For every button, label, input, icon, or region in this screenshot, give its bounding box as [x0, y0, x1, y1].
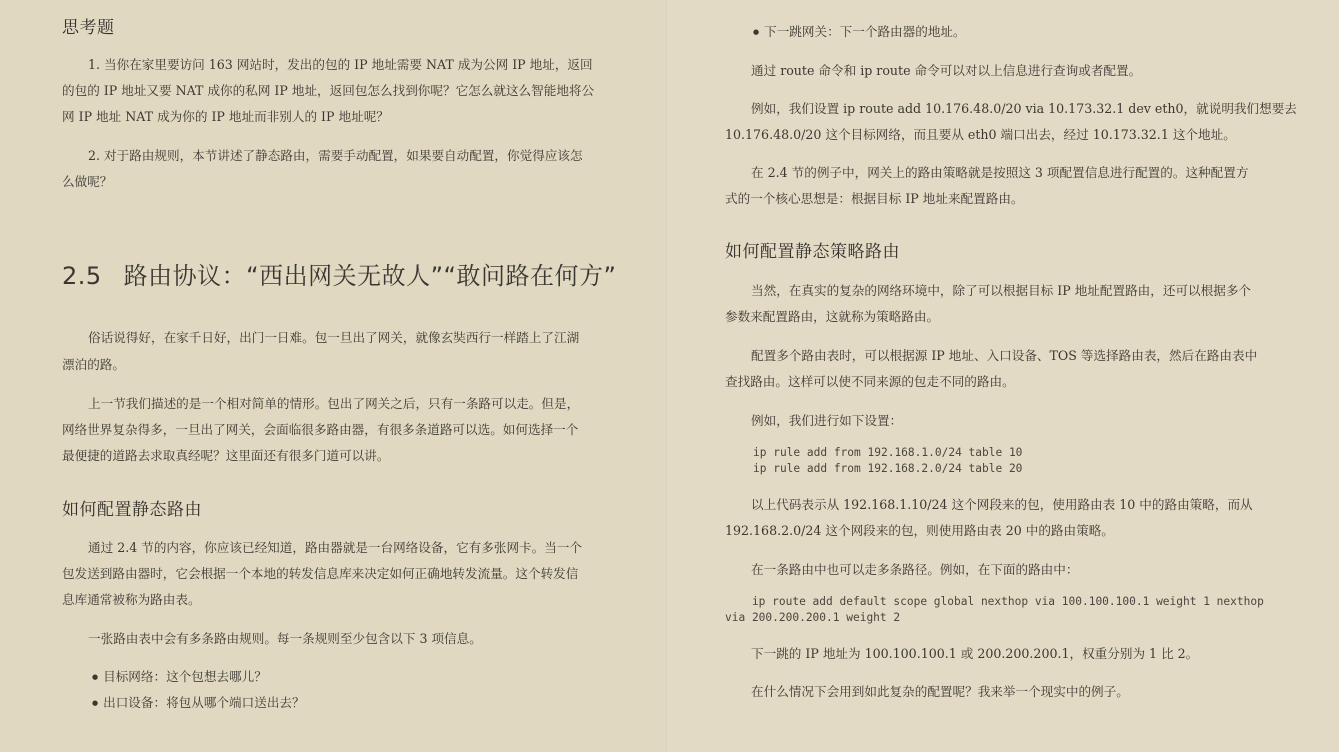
right-para-2-line-1: 例如，我们设置 ip route add 10.176.48.0/20 via … [751, 96, 1297, 122]
right-para-5-line-1: 配置多个路由表时，可以根据源 IP 地址、入口设备、TOS 等选择路由表，然后在… [751, 343, 1257, 369]
right-para-4-line-1: 当然，在真实的复杂的网络环境中，除了可以根据目标 IP 地址配置路由，还可以根据… [751, 278, 1251, 304]
bullet-destination-network: 目标网络：这个包想去哪儿？ [92, 664, 267, 690]
intro-para-1-line-1: 俗话说得好，在家千日好，出门一日难。包一旦出了网关，就像玄奘西行一样踏上了江湖 [88, 325, 579, 351]
right-para-10-line-1: 在什么情况下会用到如此复杂的配置呢？我来举一个现实中的例子。 [751, 679, 1129, 705]
right-para-2-line-2: 10.176.48.0/20 这个目标网络，而且要从 eth0 端口出去，经过 … [725, 122, 1236, 148]
exercise-1-line-3: 网 IP 地址 NAT 成为你的 IP 地址而非别人的 IP 地址呢？ [62, 104, 389, 130]
subsection-heading-policy-routing: 如何配置静态策略路由 [725, 237, 900, 262]
intro-para-2-line-3: 最便捷的道路去求取真经呢？这里面还有很多门道可以讲。 [62, 443, 389, 469]
exercise-1-line-1: 1. 当你在家里要访问 163 网站时，发出的包的 IP 地址需要 NAT 成为… [88, 52, 593, 78]
subsection-para-1-line-1: 通过 2.4 节的内容，你应该已经知道，路由器就是一台网络设备，它有多张网卡。当… [88, 535, 582, 561]
right-para-1-line-1: 通过 route 命令和 ip route 命令可以对以上信息进行查询或者配置。 [751, 58, 1141, 84]
bullet-next-hop-gateway: 下一跳网关：下一个路由器的地址。 [753, 19, 966, 45]
right-para-3-line-2: 式的一个核心思想是：根据目标 IP 地址来配置路由。 [725, 186, 1024, 212]
right-para-9-line-1: 下一跳的 IP 地址为 100.100.100.1 或 200.200.200.… [751, 641, 1198, 667]
exercise-2-line-1: 2. 对于路由规则，本节讲述了静态路由，需要手动配置，如果要自动配置，你觉得应该… [88, 143, 583, 169]
right-para-6-line-1: 例如，我们进行如下设置： [751, 408, 902, 434]
exercise-2-line-2: 么做呢？ [62, 169, 112, 195]
code-block-ip-route-line-2: via 200.200.200.1 weight 2 [725, 610, 900, 626]
code-block-ip-route-line-1: ip route add default scope global nextho… [725, 594, 1264, 610]
intro-para-1-line-2: 漂泊的路。 [62, 352, 125, 378]
subsection-para-1-line-2: 包发送到路由器时，它会根据一个本地的转发信息库来决定如何正确地转发流量。这个转发… [62, 561, 578, 587]
right-para-3-line-1: 在 2.4 节的例子中，网关上的路由策略就是按照这 3 项配置信息进行配置的。这… [751, 160, 1248, 186]
right-para-8-line-1: 在一条路由中也可以走多条路径。例如，在下面的路由中： [751, 557, 1078, 583]
right-para-4-line-2: 参数来配置路由，这就称为策略路由。 [725, 304, 939, 330]
page-seam [666, 0, 668, 752]
right-para-7-line-2: 192.168.2.0/24 这个网段来的包，则使用路由表 20 中的路由策略。 [725, 518, 1114, 544]
right-para-7-line-1: 以上代码表示从 192.168.1.10/24 这个网段来的包，使用路由表 10… [751, 492, 1253, 518]
subsection-heading-static-routing: 如何配置静态路由 [62, 495, 202, 520]
intro-para-2-line-1: 上一节我们描述的是一个相对简单的情形。包出了网关之后，只有一条路可以走。但是， [88, 391, 579, 417]
intro-para-2-line-2: 网络世界复杂得多，一旦出了网关，会面临很多路由器，有很多条道路可以选。如何选择一… [62, 417, 578, 443]
subsection-para-1-line-3: 息库通常被称为路由表。 [62, 587, 201, 613]
code-block-ip-rule-line-1: ip rule add from 192.168.1.0/24 table 10 [753, 445, 1022, 461]
exercise-1-line-2: 的包的 IP 地址又要 NAT 成你的私网 IP 地址，返回包怎么找到你呢？它怎… [62, 78, 594, 104]
subsection-para-2-line-1: 一张路由表中会有多条路由规则。每一条规则至少包含以下 3 项信息。 [88, 626, 482, 652]
exercise-heading: 思考题 [62, 13, 115, 38]
section-heading: 2.5路由协议：“西出网关无故人”“敢问路在何方” [62, 256, 616, 291]
right-para-5-line-2: 查找路由。这样可以使不同来源的包走不同的路由。 [725, 369, 1015, 395]
section-title: 路由协议：“西出网关无故人”“敢问路在何方” [124, 262, 617, 290]
code-block-ip-rule-line-2: ip rule add from 192.168.2.0/24 table 20 [753, 461, 1022, 477]
bullet-output-device: 出口设备：将包从哪个端口送出去？ [92, 690, 305, 716]
section-number: 2.5 [62, 262, 102, 290]
